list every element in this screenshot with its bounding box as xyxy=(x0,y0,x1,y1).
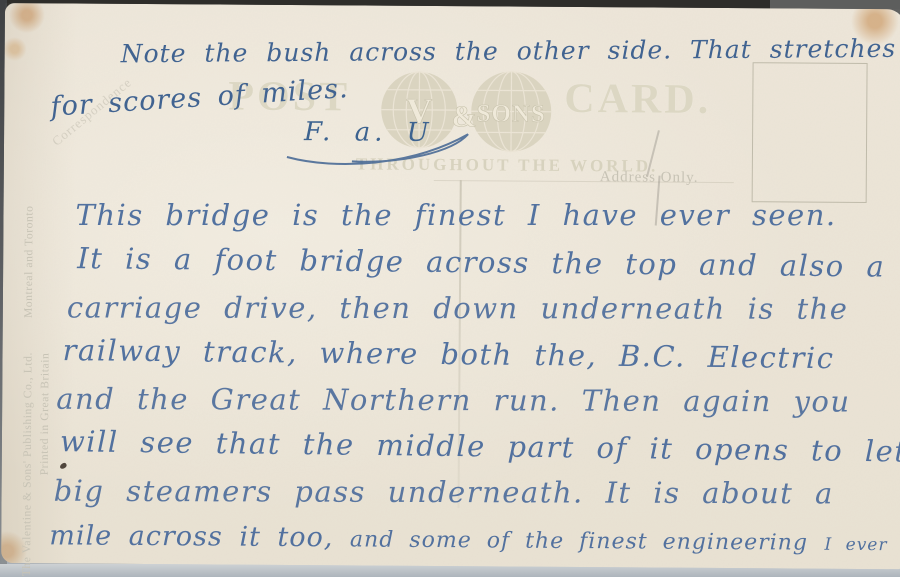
postcard-scan: POST CARD. xyxy=(0,0,900,577)
message-line: railway track, where both the, B.C. Elec… xyxy=(62,333,834,375)
last-line-small: I ever xyxy=(824,535,887,555)
printed-in-imprint: Printed in Great Britain xyxy=(39,265,52,475)
printed-title-card: CARD. xyxy=(564,75,711,124)
message-line: This bridge is the finest I have ever se… xyxy=(76,198,837,232)
message-line: It is a foot bridge across the top and a… xyxy=(77,241,885,283)
handwritten-note-line-1: Note the bush across the other side. Tha… xyxy=(121,34,897,68)
signature-flourish xyxy=(282,125,477,174)
logo-word-sons: SONS xyxy=(476,100,545,127)
address-only-label: Address Only. xyxy=(600,169,699,187)
publisher-name: The Valentine & Sons' Publishing Co., Lt… xyxy=(21,352,35,576)
message-line: carriage drive, then down underneath is … xyxy=(67,290,849,325)
message-line: will see that the middle part of it open… xyxy=(60,424,900,468)
stamp-box xyxy=(752,62,868,203)
ink-speck xyxy=(59,462,68,470)
message-last-line: mile across it too, and some of the fine… xyxy=(49,520,900,557)
last-line-middle: and some of the finest engineering xyxy=(350,527,808,555)
publisher-imprint: The Valentine & Sons' Publishing Co., Lt… xyxy=(21,53,37,576)
publisher-cities: Montreal and Toronto xyxy=(23,205,36,318)
postcard-back: POST CARD. xyxy=(1,3,900,569)
message-line: big steamers pass underneath. It is abou… xyxy=(54,474,834,511)
message-line: and the Great Northern run. Then again y… xyxy=(56,382,850,419)
last-line-start: mile across it too, xyxy=(49,520,333,553)
